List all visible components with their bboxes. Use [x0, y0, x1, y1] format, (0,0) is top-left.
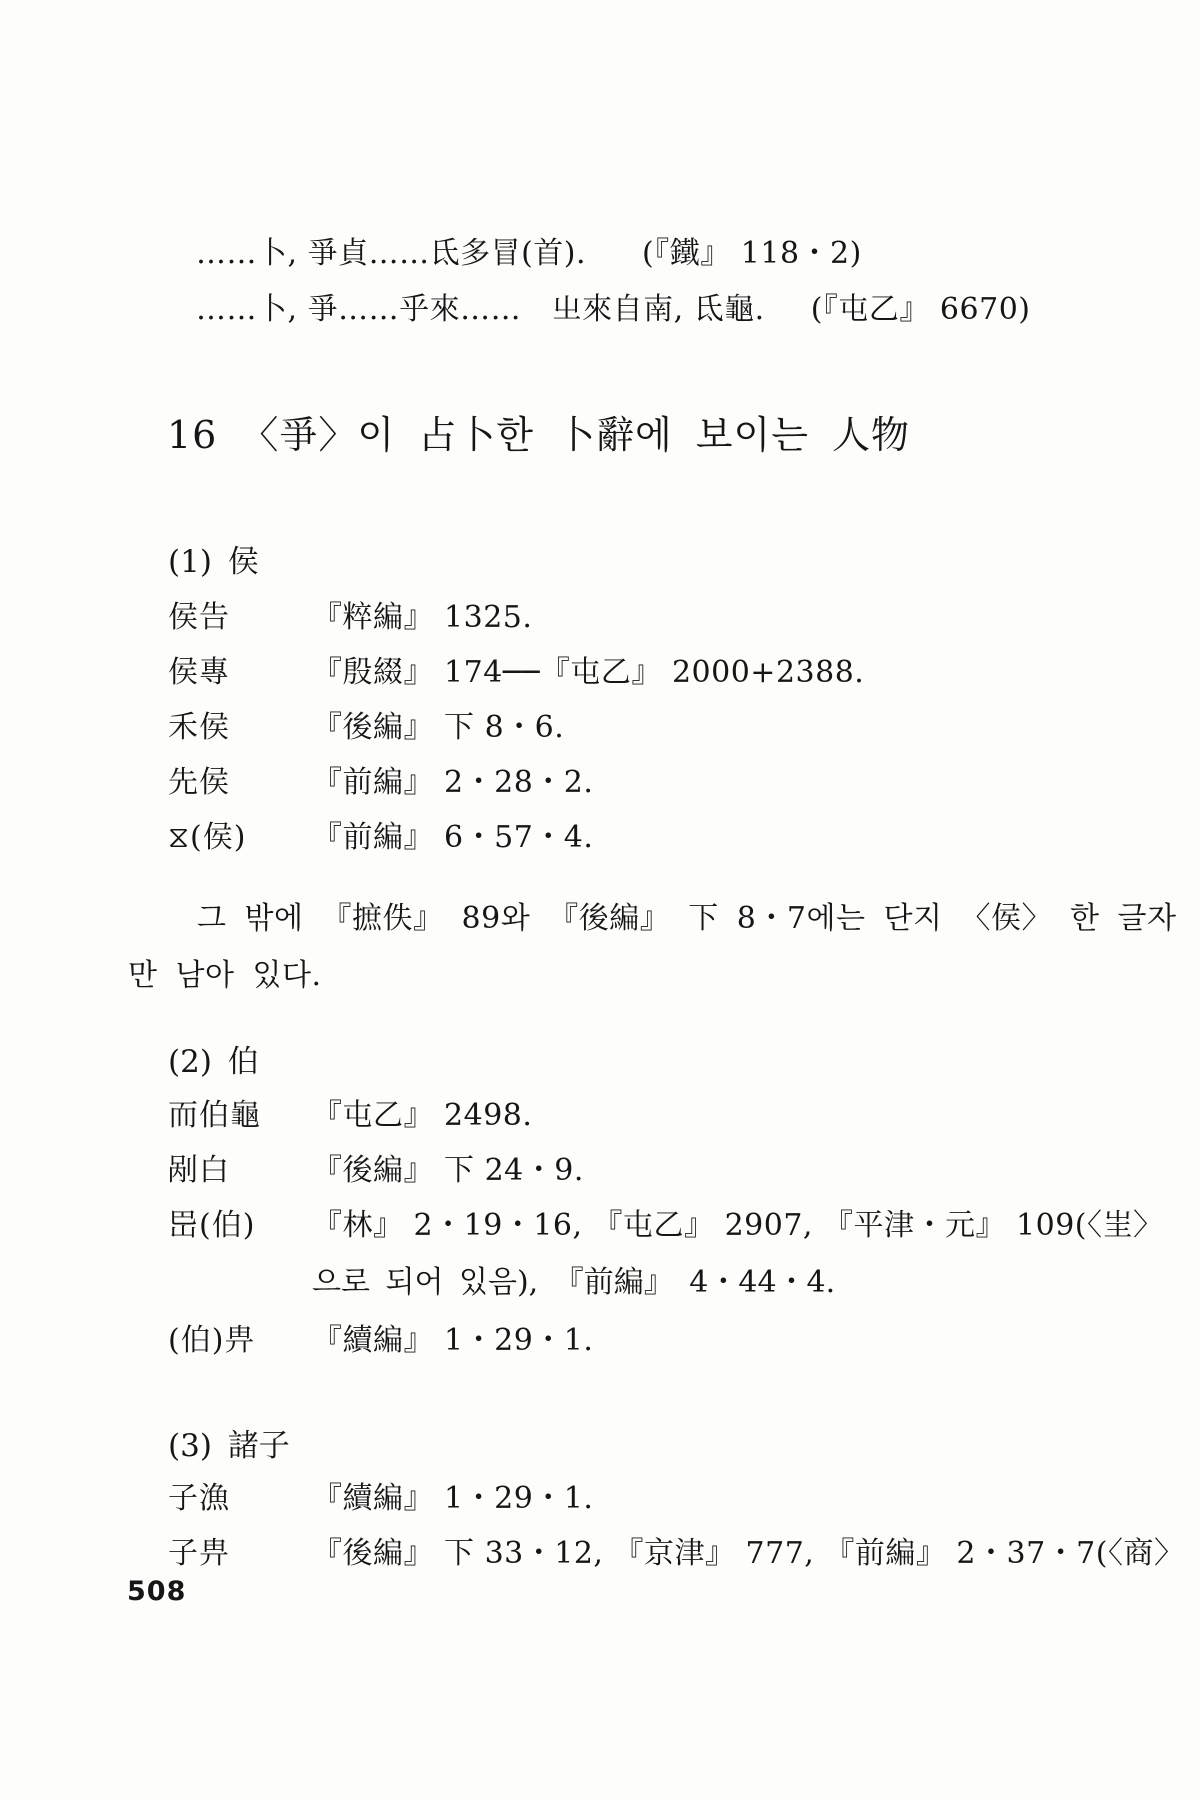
entry-row: 禾侯『後編』 下 8・6.: [168, 702, 564, 746]
entry-row: 子畁『後編』 下 33・12, 『京津』 777, 『前編』 2・37・7(〈商…: [168, 1528, 1184, 1572]
entry-row: 子漁『續編』 1・29・1.: [168, 1473, 593, 1517]
entry-row: 先侯『前編』 2・28・2.: [168, 757, 593, 801]
citation-text: ……卜, 爭貞……氐多冒(首).: [196, 236, 586, 271]
subsection-label-1: (1) 侯: [168, 536, 259, 581]
reference: 『續編』 1・29・1.: [312, 1323, 593, 1358]
reference: 『屯乙』 2498.: [312, 1098, 532, 1133]
person-name: 禾侯: [168, 702, 312, 746]
citation-line: ……卜, 爭……乎來…… 㞢來自南, 氐龜.(『屯乙』 6670): [196, 284, 1030, 328]
entry-row: 岊(伯)『林』 2・19・16, 『屯乙』 2907, 『平津・元』 109(〈…: [168, 1200, 1164, 1244]
reference: 『前編』 2・28・2.: [312, 765, 593, 800]
reference: 『後編』 下 24・9.: [312, 1153, 584, 1188]
entry-row: ⧖(侯)『前編』 6・57・4.: [168, 812, 593, 856]
person-name oracle-glyph: (伯)畁: [168, 1315, 312, 1359]
reference: 『後編』 下 33・12, 『京津』 777, 『前編』 2・37・7(〈商〉: [312, 1536, 1184, 1571]
entry-row: 侯專『殷綴』 174──『屯乙』 2000+2388.: [168, 647, 864, 691]
reference: 『殷綴』 174──『屯乙』 2000+2388.: [312, 655, 864, 690]
person-name oracle-glyph: 剐白: [168, 1145, 312, 1189]
person-name: 子漁: [168, 1473, 312, 1517]
entry-row: (伯)畁『續編』 1・29・1.: [168, 1315, 593, 1359]
note-line: 만 남아 있다.: [128, 950, 322, 994]
person-name oracle-glyph: 子畁: [168, 1528, 312, 1572]
reference: 『前編』 6・57・4.: [312, 820, 593, 855]
reference: 『續編』 1・29・1.: [312, 1481, 593, 1516]
section-heading: 16 〈爭〉이 占卜한 卜辭에 보이는 人物: [167, 404, 910, 459]
person-name: 先侯: [168, 757, 312, 801]
page-number: 508: [127, 1576, 186, 1607]
person-name oracle-glyph: 岊(伯): [168, 1200, 312, 1244]
citation-text: ……卜, 爭……乎來…… 㞢來自南, 氐龜.: [196, 292, 765, 327]
person-name: 侯專: [168, 647, 312, 691]
book-page: ……卜, 爭貞……氐多冒(首).(『鐵』 118・2) ……卜, 爭……乎來………: [0, 0, 1200, 1800]
note-line: 그 밖에 『摭佚』 89와 『後編』 下 8・7에는 단지 〈侯〉 한 글자: [197, 893, 1177, 937]
subsection-label-3: (3) 諸子: [168, 1420, 290, 1465]
citation-source: (『屯乙』 6670): [811, 284, 1031, 328]
entry-row: 而伯龜『屯乙』 2498.: [168, 1090, 532, 1134]
person-name: 而伯龜: [168, 1090, 312, 1134]
person-name oracle-glyph: ⧖(侯): [168, 812, 312, 856]
entry-row: 剐白『後編』 下 24・9.: [168, 1145, 584, 1189]
entry-row: 侯告『粹編』 1325.: [168, 592, 532, 636]
person-name: 侯告: [168, 592, 312, 636]
citation-line: ……卜, 爭貞……氐多冒(首).(『鐵』 118・2): [196, 228, 862, 272]
reference: 『林』 2・19・16, 『屯乙』 2907, 『平津・元』 109(〈㞷〉: [312, 1208, 1164, 1243]
reference: 『粹編』 1325.: [312, 600, 532, 635]
reference: 『後編』 下 8・6.: [312, 710, 564, 745]
subsection-label-2: (2) 伯: [168, 1036, 259, 1081]
citation-source: (『鐵』 118・2): [642, 228, 862, 272]
reference-continuation: 으로 되어 있음), 『前編』 4・44・4.: [312, 1257, 835, 1301]
